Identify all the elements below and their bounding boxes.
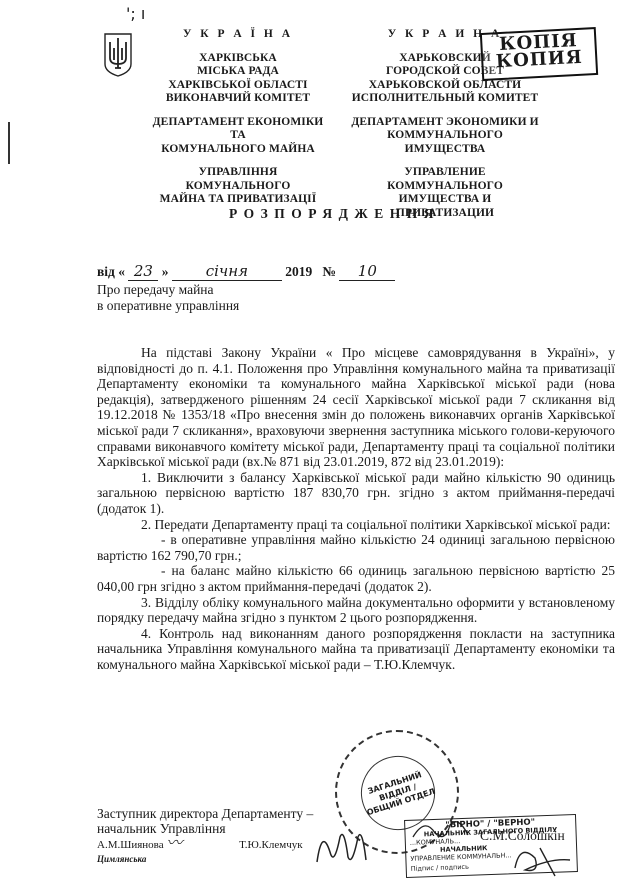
council-ua: ХАРКІВСЬКА МІСЬКА РАДА ХАРКІВСЬКОЇ ОБЛАС… <box>148 52 328 106</box>
clause-2-item-a: - в оперативне управління майно кількіст… <box>97 532 615 563</box>
signer-position: Заступник директора Департаменту – <box>97 806 313 821</box>
council-line: ХАРКІВСЬКОЇ ОБЛАСТІ <box>148 79 328 93</box>
clause-4: 4. Контроль над виконанням даного розпор… <box>97 626 615 673</box>
document-subject: Про передачу майна в оперативне управлін… <box>97 282 239 314</box>
copy-stamp: КОПІЯ КОПИЯ <box>480 27 598 81</box>
copy-stamp-line-ru: КОПИЯ <box>483 48 596 71</box>
header-ukrainian: У К Р А Ї Н А ХАРКІВСЬКА МІСЬКА РАДА ХАР… <box>148 28 328 217</box>
signer-position: начальник Управління <box>97 821 313 836</box>
directorate-line: УПРАВЛІННЯ КОМУНАЛЬНОГО <box>148 166 328 193</box>
signature-block: Заступник директора Департаменту – начал… <box>97 806 313 867</box>
executor-row: А.М.Шиянова 〰 Т.Ю.Клемчук <box>97 836 313 852</box>
directorate-line: УПРАВЛЕНИЕ КОММУНАЛЬНОГО <box>350 166 540 193</box>
document-body: На підставі Закону України « Про місцеве… <box>97 345 615 672</box>
clause-2: 2. Передати Департаменту праці та соціал… <box>97 517 615 533</box>
handwritten-margin-marks: ꞌ; ı <box>126 4 145 23</box>
trident-emblem-icon <box>103 32 133 78</box>
council-line: ВИКОНАВЧИЙ КОМІТЕТ <box>148 92 328 106</box>
executor-name: А.М.Шиянова <box>97 839 164 851</box>
subject-line: Про передачу майна <box>97 282 239 298</box>
date-month: січня <box>172 262 282 281</box>
clause-3: 3. Відділу обліку комунального майна док… <box>97 595 615 626</box>
date-line: від « 23 » січня 2019 № 10 <box>97 262 395 281</box>
date-mid: » <box>162 264 169 279</box>
clause-2-item-b: - на баланс майно кількістю 66 одиниць з… <box>97 563 615 594</box>
verifier-signature-icon <box>510 838 580 878</box>
subject-line: в оперативне управління <box>97 298 239 314</box>
council-line: ИСПОЛНИТЕЛЬНЫЙ КОМИТЕТ <box>350 92 540 106</box>
handwritten-signature-icon: 〰 <box>166 836 236 849</box>
clause-1: 1. Виключити з балансу Харківської міськ… <box>97 470 615 517</box>
document-title: РОЗПОРЯДЖЕННЯ <box>0 206 641 222</box>
executor-2-name: Цимлянська <box>97 852 313 867</box>
council-line: ХАРКІВСЬКА <box>148 52 328 66</box>
date-day: 23 <box>128 262 158 281</box>
council-line: МІСЬКА РАДА <box>148 65 328 79</box>
signature-scribble-icon <box>312 822 392 872</box>
preamble-paragraph: На підставі Закону України « Про місцеве… <box>97 345 615 470</box>
council-line: ХАРЬКОВСКОЙ ОБЛАСТИ <box>350 79 540 93</box>
date-year: 2019 <box>285 264 312 279</box>
department-ru: ДЕПАРТАМЕНТ ЭКОНОМИКИ И КОММУНАЛЬНОГО ИМ… <box>350 116 540 157</box>
department-ua: ДЕПАРТАМЕНТ ЕКОНОМІКИ ТА КОМУНАЛЬНОГО МА… <box>148 116 328 157</box>
number-label: № <box>322 264 336 279</box>
signer-name: Т.Ю.Клемчук <box>239 839 302 851</box>
department-line: ДЕПАРТАМЕНТ ЭКОНОМИКИ И <box>350 116 540 130</box>
directorate-ua: УПРАВЛІННЯ КОМУНАЛЬНОГО МАЙНА ТА ПРИВАТИ… <box>148 166 328 207</box>
directorate-line: МАЙНА ТА ПРИВАТИЗАЦІЇ <box>148 193 328 207</box>
country-ua: У К Р А Ї Н А <box>148 28 328 42</box>
margin-line <box>8 122 10 164</box>
department-line: ДЕПАРТАМЕНТ ЕКОНОМІКИ ТА <box>148 116 328 143</box>
department-line: КОММУНАЛЬНОГО ИМУЩЕСТВА <box>350 129 540 156</box>
date-prefix: від « <box>97 264 125 279</box>
department-line: КОМУНАЛЬНОГО МАЙНА <box>148 143 328 157</box>
document-number: 10 <box>339 262 395 281</box>
